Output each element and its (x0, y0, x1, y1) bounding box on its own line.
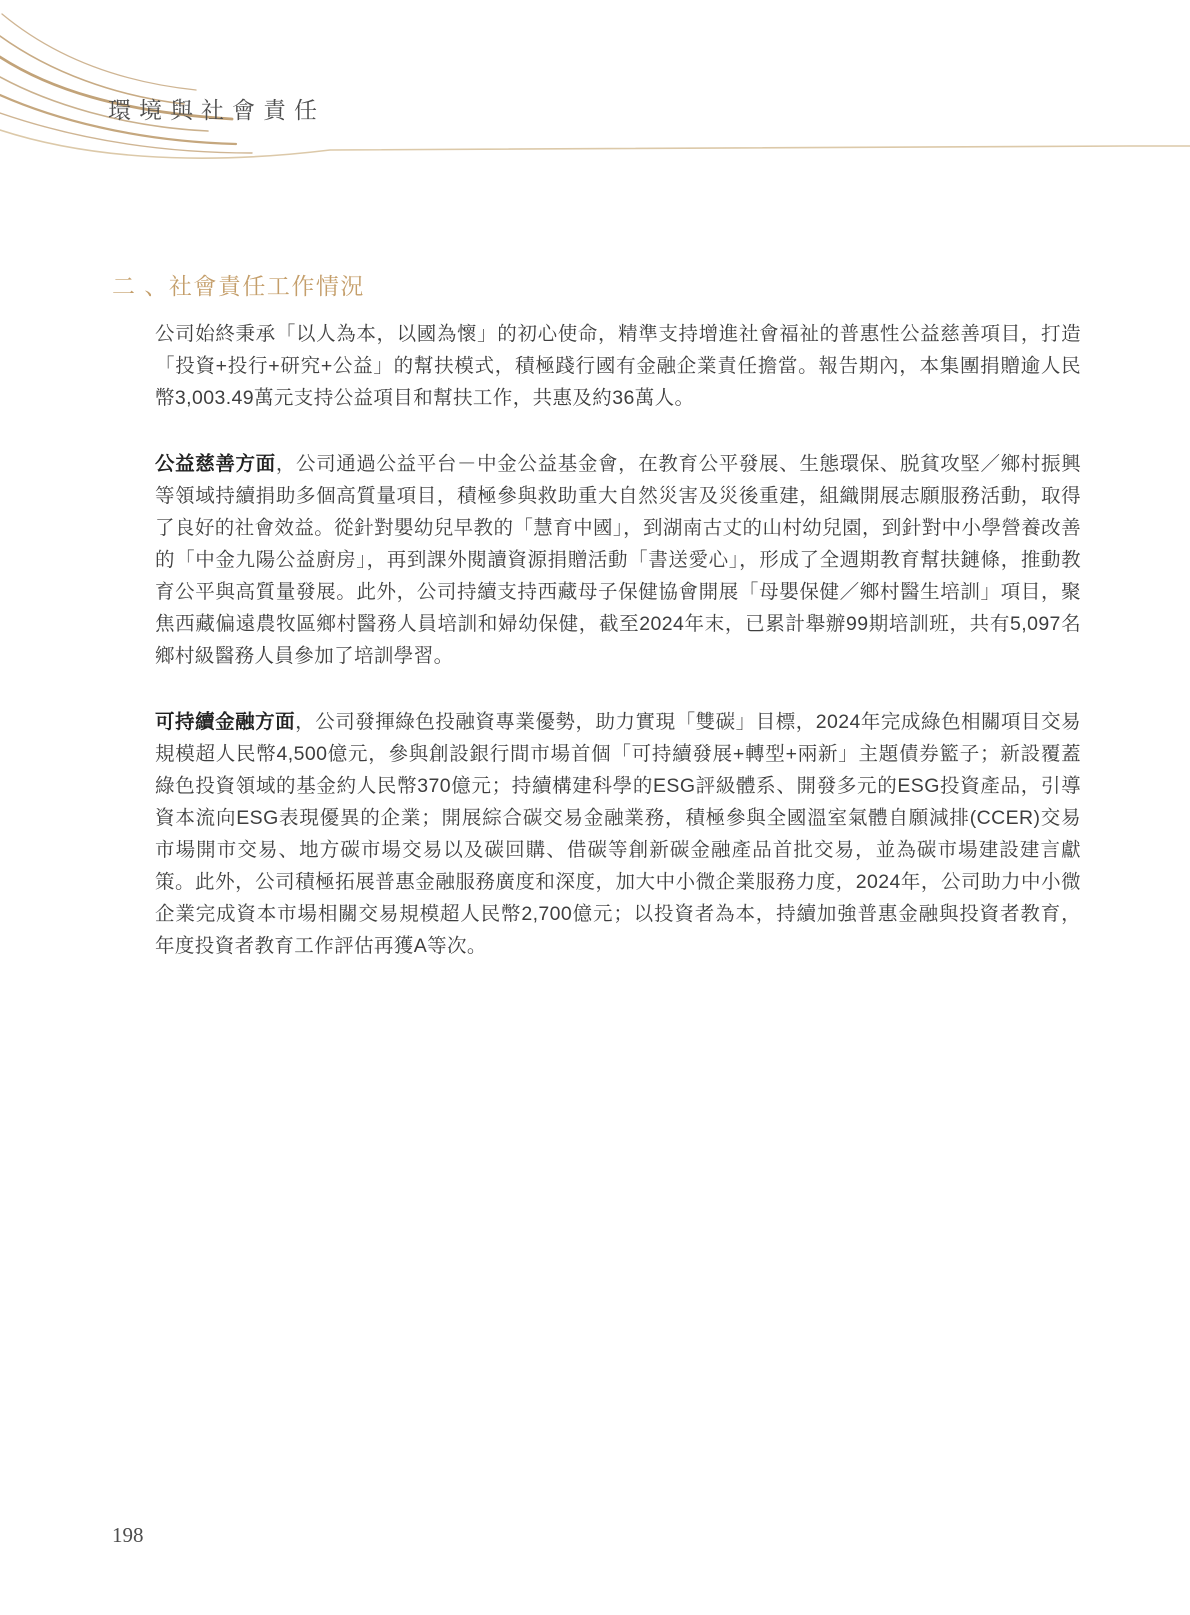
body-content: 公司始終秉承「以人為本，以國為懷」的初心使命，精準支持增進社會福祉的普惠性公益慈… (155, 318, 1081, 962)
section-heading: 二 、社會責任工作情況 (112, 268, 365, 301)
page-number: 198 (112, 1523, 144, 1548)
paragraph: 公司始終秉承「以人為本，以國為懷」的初心使命，精準支持增進社會福祉的普惠性公益慈… (155, 318, 1081, 414)
paragraph-lead: 可持續金融方面 (155, 711, 295, 733)
paragraph: 可持續金融方面，公司發揮綠色投融資專業優勢，助力實現「雙碳」目標，2024年完成… (155, 706, 1081, 962)
paragraph-text: ，公司發揮綠色投融資專業優勢，助力實現「雙碳」目標，2024年完成綠色相關項目交… (155, 711, 1081, 957)
paragraph-text: 公司始終秉承「以人為本，以國為懷」的初心使命，精準支持增進社會福祉的普惠性公益慈… (155, 323, 1081, 409)
report-page: 環境與社會責任 二 、社會責任工作情況 公司始終秉承「以人為本，以國為懷」的初心… (0, 0, 1190, 1615)
chapter-title: 環境與社會責任 (108, 92, 325, 125)
paragraph: 公益慈善方面，公司通過公益平台－中金公益基金會，在教育公平發展、生態環保、脱貧攻… (155, 448, 1081, 672)
paragraph-text: ，公司通過公益平台－中金公益基金會，在教育公平發展、生態環保、脱貧攻堅／鄉村振興… (155, 453, 1081, 667)
paragraph-lead: 公益慈善方面 (155, 453, 276, 475)
